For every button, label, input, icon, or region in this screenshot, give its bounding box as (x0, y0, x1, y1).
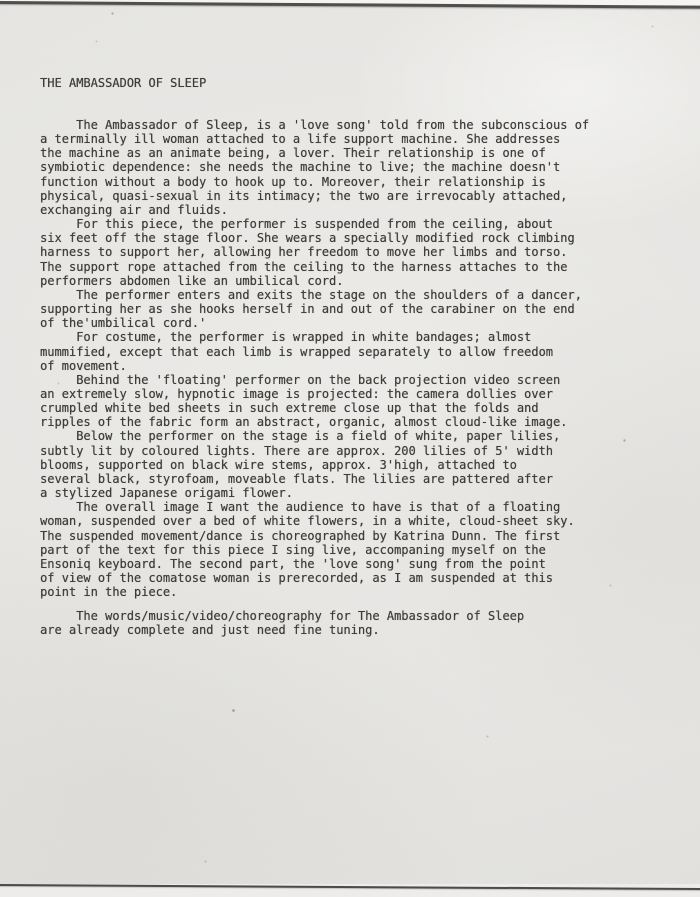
paragraph-closing: The words/music/video/choreography for T… (40, 609, 660, 637)
paragraph-projection: Behind the 'floating' performer on the b… (40, 373, 660, 430)
paragraph-suspension: For this piece, the performer is suspend… (40, 217, 660, 288)
paragraph-lilies: Below the performer on the stage is a fi… (40, 429, 660, 500)
scanned-typewritten-page: THE AMBASSADOR OF SLEEP The Ambassador o… (0, 0, 700, 897)
scan-dust-specks (0, 0, 1, 1)
paragraph-overall-image: The overall image I want the audience to… (40, 500, 660, 599)
document-body: The Ambassador of Sleep, is a 'love song… (40, 118, 660, 638)
paragraph-entrance: The performer enters and exits the stage… (40, 288, 660, 330)
paragraph-intro: The Ambassador of Sleep, is a 'love song… (40, 118, 660, 217)
paragraph-costume: For costume, the performer is wrapped in… (40, 330, 660, 372)
document-title: THE AMBASSADOR OF SLEEP (40, 76, 206, 90)
